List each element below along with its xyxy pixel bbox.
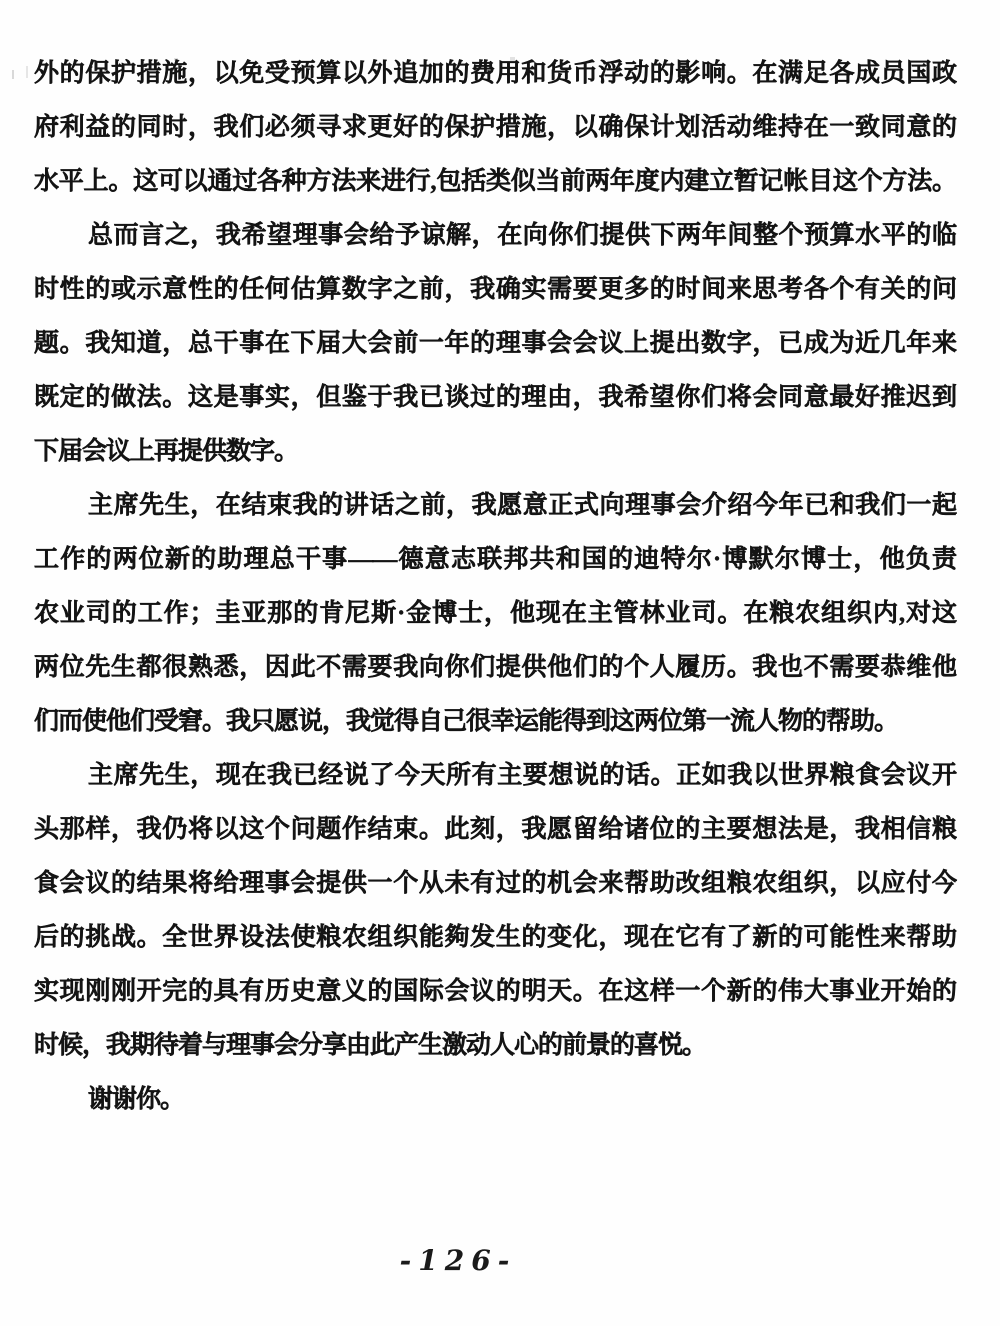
text-line: 外的保护措施，以免受预算以外追加的费用和货币浮动的影响。在满足各成员国政 (34, 47, 956, 101)
text-line: 农业司的工作；圭亚那的肯尼斯·金博士，他现在主管林业司。在粮农组织内,对这 (34, 587, 956, 641)
page-footer: -126- (0, 1244, 958, 1277)
scan-artifact (26, 66, 28, 78)
text-line: 实现刚刚开完的具有历史意义的国际会议的明天。在这样一个新的伟大事业开始的 (34, 965, 956, 1019)
text-line: 工作的两位新的助理总干事——德意志联邦共和国的迪特尔·博默尔博士，他负责 (34, 533, 956, 587)
text-line: 既定的做法。这是事实，但鉴于我已谈过的理由，我希望你们将会同意最好推迟到 (34, 371, 956, 425)
text-line paragraph-start: 总而言之，我希望理事会给予谅解，在向你们提供下两年间整个预算水平的临 (34, 209, 956, 263)
text-line paragraph-start: 主席先生，现在我已经说了今天所有主要想说的话。正如我以世界粮食会议开 (34, 749, 956, 803)
text-line closing-line: 谢谢你。 (34, 1073, 956, 1127)
text-line paragraph-end: 们而使他们受窘。我只愿说，我觉得自己很幸运能得到这两位第一流人物的帮助。 (34, 695, 956, 749)
text-line paragraph-end: 下届会议上再提供数字。 (34, 425, 956, 479)
text-line: 水平上。这可以通过各种方法来进行,包括类似当前两年度内建立暂记帐目这个方法。 (34, 155, 956, 209)
text-line paragraph-end: 时候，我期待着与理事会分享由此产生激动人心的前景的喜悦。 (34, 1019, 956, 1073)
scanned-document-page: 外的保护措施，以免受预算以外追加的费用和货币浮动的影响。在满足各成员国政 府利益… (0, 0, 1000, 1326)
text-line: 题。我知道，总干事在下届大会前一年的理事会会议上提出数字，已成为近几年来 (34, 317, 956, 371)
text-line paragraph-start: 主席先生，在结束我的讲话之前，我愿意正式向理事会介绍今年已和我们一起 (34, 479, 956, 533)
text-line: 后的挑战。全世界设法使粮农组织能夠发生的变化，现在它有了新的可能性来帮助 (34, 911, 956, 965)
text-line: 食会议的结果将给理事会提供一个从未有过的机会来帮助改组粮农组织，以应付今 (34, 857, 956, 911)
text-line: 府利益的同时，我们必须寻求更好的保护措施，以确保计划活动维持在一致同意的 (34, 101, 956, 155)
text-line: 两位先生都很熟悉，因此不需要我向你们提供他们的个人履历。我也不需要恭维他 (34, 641, 956, 695)
scan-artifact (12, 70, 14, 79)
text-line: 时性的或示意性的任何估算数字之前，我确实需要更多的时间来思考各个有关的问 (34, 263, 956, 317)
text-line: 头那样，我仍将以这个问题作结束。此刻，我愿留给诸位的主要想法是，我相信粮 (34, 803, 956, 857)
page-number: -126- (400, 1244, 517, 1277)
body-text: 外的保护措施，以免受预算以外追加的费用和货币浮动的影响。在满足各成员国政 府利益… (34, 47, 956, 1127)
